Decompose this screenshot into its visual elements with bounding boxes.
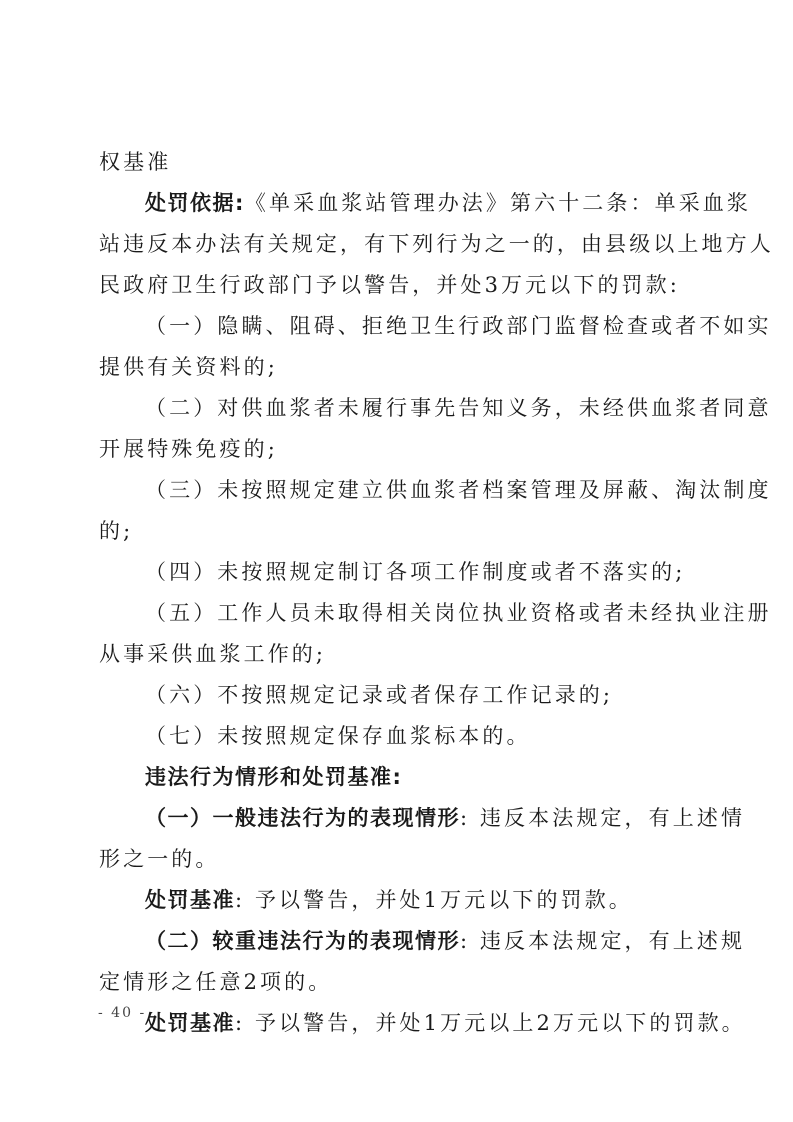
section-heading: 违法行为情形和处罚基准: xyxy=(99,757,693,798)
list-item-6: （六）不按照规定记录或者保存工作记录的; xyxy=(99,675,693,716)
line-text: （三）未按照规定建立供血浆者档案管理及屏蔽、淘汰制度 xyxy=(145,478,772,502)
line-text: （七）未按照规定保存血浆标本的。 xyxy=(145,724,531,748)
bold-label: （一）一般违法行为的表现情形 xyxy=(145,806,460,830)
paragraph-line: 的; xyxy=(99,511,693,552)
line-text: : 予以警告，并处1万元以上2万元以下的罚款。 xyxy=(235,1011,746,1035)
list-item-2: （二）对供血浆者未履行事先告知义务，未经供血浆者同意 xyxy=(99,388,693,429)
paragraph-line: 站违反本办法有关规定，有下列行为之一的，由县级以上地方人 xyxy=(99,224,693,265)
line-text: 《单采血浆站管理办法》第六十二条：单采血浆 xyxy=(245,191,751,215)
line-text: （二）对供血浆者未履行事先告知义务，未经供血浆者同意 xyxy=(145,396,772,420)
serious-violation-line: （二）较重违法行为的表现情形: 违反本法规定，有上述规 xyxy=(99,921,693,962)
line-text: 从事采供血浆工作的; xyxy=(99,642,326,666)
list-item-3: （三）未按照规定建立供血浆者档案管理及屏蔽、淘汰制度 xyxy=(99,470,693,511)
bold-label: 处罚基准 xyxy=(145,1011,235,1035)
document-body: 权基准 处罚依据:《单采血浆站管理办法》第六十二条：单采血浆 站违反本办法有关规… xyxy=(99,142,693,1044)
paragraph-line: 形之一的。 xyxy=(99,839,693,880)
paragraph-line: 定情形之任意2项的。 xyxy=(99,962,693,1003)
line-text: 开展特殊免疫的; xyxy=(99,437,278,461)
paragraph-line: 权基准 xyxy=(99,142,693,183)
list-item-1: （一）隐瞒、阻碍、拒绝卫生行政部门监督检查或者不如实 xyxy=(99,306,693,347)
paragraph-line: 民政府卫生行政部门予以警告，并处3万元以下的罚款: xyxy=(99,265,693,306)
list-item-7: （七）未按照规定保存血浆标本的。 xyxy=(99,716,693,757)
penalty-standard-line: 处罚基准: 予以警告，并处1万元以上2万元以下的罚款。 xyxy=(99,1003,693,1044)
line-text: 权基准 xyxy=(99,150,171,174)
line-text: 的; xyxy=(99,519,133,543)
line-text: 民政府卫生行政部门予以警告，并处3万元以下的罚款: xyxy=(99,273,680,297)
list-item-5: （五）工作人员未取得相关岗位执业资格或者未经执业注册 xyxy=(99,593,693,634)
bold-label: 处罚依据: xyxy=(145,191,245,215)
general-violation-line: （一）一般违法行为的表现情形: 违反本法规定，有上述情 xyxy=(99,798,693,839)
page-number: - 40 - xyxy=(98,1005,146,1021)
penalty-basis-heading: 处罚依据:《单采血浆站管理办法》第六十二条：单采血浆 xyxy=(99,183,693,224)
line-text: : 违反本法规定，有上述情 xyxy=(460,806,745,830)
line-text: : 予以警告，并处1万元以下的罚款。 xyxy=(235,888,633,912)
line-text: （六）不按照规定记录或者保存工作记录的; xyxy=(145,683,613,707)
line-text: （五）工作人员未取得相关岗位执业资格或者未经执业注册 xyxy=(145,601,772,625)
penalty-standard-line: 处罚基准: 予以警告，并处1万元以下的罚款。 xyxy=(99,880,693,921)
paragraph-line: 提供有关资料的; xyxy=(99,347,693,388)
paragraph-line: 从事采供血浆工作的; xyxy=(99,634,693,675)
line-text: （四）未按照规定制订各项工作制度或者不落实的; xyxy=(145,560,685,584)
line-text: 形之一的。 xyxy=(99,847,220,871)
bold-label: 违法行为情形和处罚基准: xyxy=(145,765,402,789)
bold-label: 处罚基准 xyxy=(145,888,235,912)
line-text: 定情形之任意2项的。 xyxy=(99,970,332,994)
line-text: （一）隐瞒、阻碍、拒绝卫生行政部门监督检查或者不如实 xyxy=(145,314,772,338)
bold-label: （二）较重违法行为的表现情形 xyxy=(145,929,460,953)
line-text: 提供有关资料的; xyxy=(99,355,278,379)
line-text: 站违反本办法有关规定，有下列行为之一的，由县级以上地方人 xyxy=(99,232,774,256)
paragraph-line: 开展特殊免疫的; xyxy=(99,429,693,470)
line-text: : 违反本法规定，有上述规 xyxy=(460,929,745,953)
list-item-4: （四）未按照规定制订各项工作制度或者不落实的; xyxy=(99,552,693,593)
